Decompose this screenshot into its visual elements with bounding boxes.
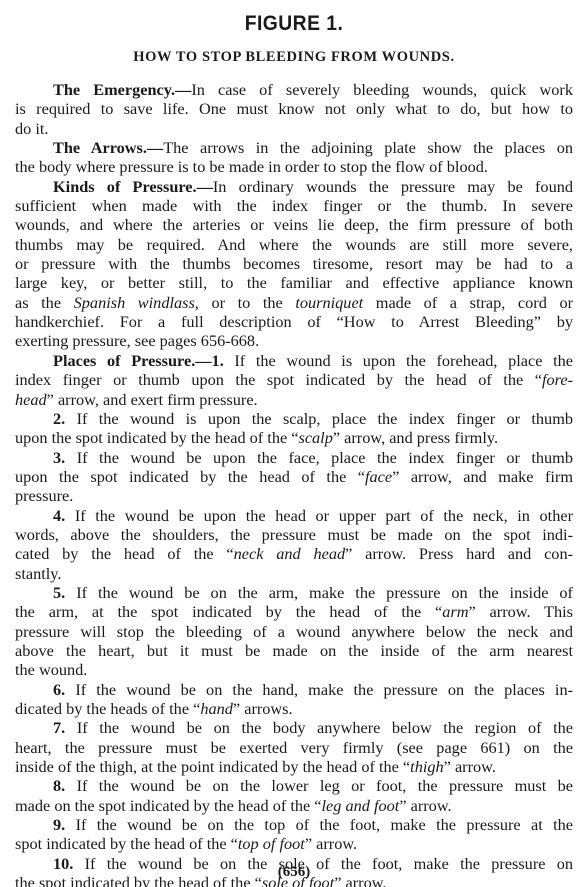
figure-title: FIGURE 1. <box>24 12 565 36</box>
list-item-8: 8. If the wound be on the lower leg or f… <box>15 776 573 795</box>
page-number: (656) <box>0 864 588 881</box>
section-title: HOW TO STOP BLEEDING FROM WOUNDS. <box>0 49 588 66</box>
item-number-8: 8. <box>53 776 65 795</box>
list-item-5: 5. If the wound be on the arm, make the … <box>15 583 573 602</box>
item-number-5: 5. <box>53 583 65 602</box>
paragraph-arrows: The Arrows.—The arrows in the adjoining … <box>15 138 573 157</box>
item-number-3: 3. <box>53 448 65 467</box>
list-item-3: 3. If the wound be upon the face, place … <box>15 448 573 467</box>
heading-places-of-pressure: Places of Pressure.— <box>53 351 212 370</box>
term-spanish-windlass: Spanish windlass <box>74 293 195 312</box>
list-item-4: 4. If the wound be upon the head or uppe… <box>15 506 573 525</box>
item-number-1: 1. <box>212 351 224 370</box>
paragraph-kinds-of-pressure: Kinds of Pressure.—In ordinary wounds th… <box>15 177 573 196</box>
item-number-2: 2. <box>53 409 65 428</box>
item-number-6: 6. <box>53 680 65 699</box>
heading-kinds-of-pressure: Kinds of Pressure.— <box>53 177 213 196</box>
list-item-6: 6. If the wound be on the hand, make the… <box>15 680 573 699</box>
item-number-9: 9. <box>53 815 65 834</box>
paragraph-emergency: The Emergency.—In case of severely bleed… <box>15 80 573 99</box>
item-number-4: 4. <box>53 506 65 525</box>
list-item-7: 7. If the wound be on the body anywhere … <box>15 718 573 737</box>
list-item-9: 9. If the wound be on the top of the foo… <box>15 815 573 834</box>
heading-emergency: The Emergency.— <box>53 80 191 99</box>
heading-arrows: The Arrows.— <box>53 138 163 157</box>
list-item-2: 2. If the wound is upon the scalp, place… <box>15 409 573 428</box>
paragraph-places-of-pressure: Places of Pressure.—1. If the wound is u… <box>15 351 573 370</box>
item-number-7: 7. <box>53 718 65 737</box>
document-body: The Emergency.—In case of severely bleed… <box>15 80 573 887</box>
term-tourniquet: tourniquet <box>295 293 363 312</box>
